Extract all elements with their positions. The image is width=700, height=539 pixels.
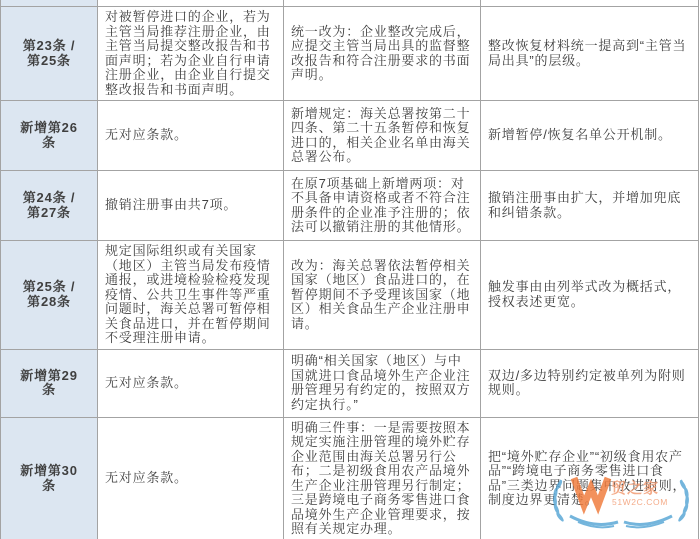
article-cell: 第23条 / 第25条 (1, 7, 98, 101)
revised-cell: 新增规定：海关总署按第二十四条、第二十五条暂停和恢复进口的，相关企业名单由海关总… (284, 101, 481, 171)
original-cell: 无对应条款。 (98, 101, 284, 171)
revised-cell: 在原7项基础上新增两项：对不具备申请资格或者不符合注册条件的企业准予注册的；依法… (284, 171, 481, 241)
summary-cell: 双边/多边特别约定被单列为附则规则。 (481, 349, 699, 417)
comparison-table: 第23条 / 第25条 对被暂停进口的企业，若为主管当局推荐注册企业，由主管当局… (0, 0, 699, 539)
summary-cell: 撤销注册事由扩大，并增加兜底和纠错条款。 (481, 171, 699, 241)
original-cell: 对被暂停进口的企业，若为主管当局推荐注册企业，由主管当局提交整改报告和书面声明；… (98, 7, 284, 101)
revised-cell: 明确“相关国家（地区）与中国就进口食品境外生产企业注册管理另有约定的，按照双方约… (284, 349, 481, 417)
article-cell: 新增第26 条 (1, 101, 98, 171)
original-cell: 撤销注册事由共7项。 (98, 171, 284, 241)
table-row: 新增第26 条 无对应条款。 新增规定：海关总署按第二十四条、第二十五条暂停和恢… (1, 101, 699, 171)
revised-cell: 明确三件事：一是需要按照本规定实施注册管理的境外贮存企业范围由海关总署另行公布；… (284, 417, 481, 539)
article-cell: 第25条 / 第28条 (1, 241, 98, 350)
article-cell: 新增第29 条 (1, 349, 98, 417)
original-cell: 无对应条款。 (98, 417, 284, 539)
table-row: 第24条 / 第27条 撤销注册事由共7项。 在原7项基础上新增两项：对不具备申… (1, 171, 699, 241)
summary-cell: 整改恢复材料统一提高到“主管当局出具”的层级。 (481, 7, 699, 101)
table-row: 第25条 / 第28条 规定国际组织或有关国家（地区）主管当局发布疫情通报，或进… (1, 241, 699, 350)
table-row: 新增第30 条 无对应条款。 明确三件事：一是需要按照本规定实施注册管理的境外贮… (1, 417, 699, 539)
table-row: 新增第29 条 无对应条款。 明确“相关国家（地区）与中国就进口食品境外生产企业… (1, 349, 699, 417)
summary-cell: 触发事由由列举式改为概括式，授权表述更宽。 (481, 241, 699, 350)
original-cell: 无对应条款。 (98, 349, 284, 417)
revised-cell: 改为：海关总署依法暂停相关国家（地区）食品进口的，在暂停期间不予受理该国家（地区… (284, 241, 481, 350)
revised-cell: 统一改为：企业整改完成后，应提交主管当局出具的监督整改报告和符合注册要求的书面声… (284, 7, 481, 101)
article-cell: 第24条 / 第27条 (1, 171, 98, 241)
article-cell: 新增第30 条 (1, 417, 98, 539)
table-row: 第23条 / 第25条 对被暂停进口的企业，若为主管当局推荐注册企业，由主管当局… (1, 7, 699, 101)
original-cell: 规定国际组织或有关国家（地区）主管当局发布疫情通报，或进境检验检疫发现疫情、公共… (98, 241, 284, 350)
summary-cell: 新增暂停/恢复名单公开机制。 (481, 101, 699, 171)
summary-cell: 把“境外贮存企业”“初级食用农产品”“跨境电子商务零售进口食品”三类边界问题集中… (481, 417, 699, 539)
